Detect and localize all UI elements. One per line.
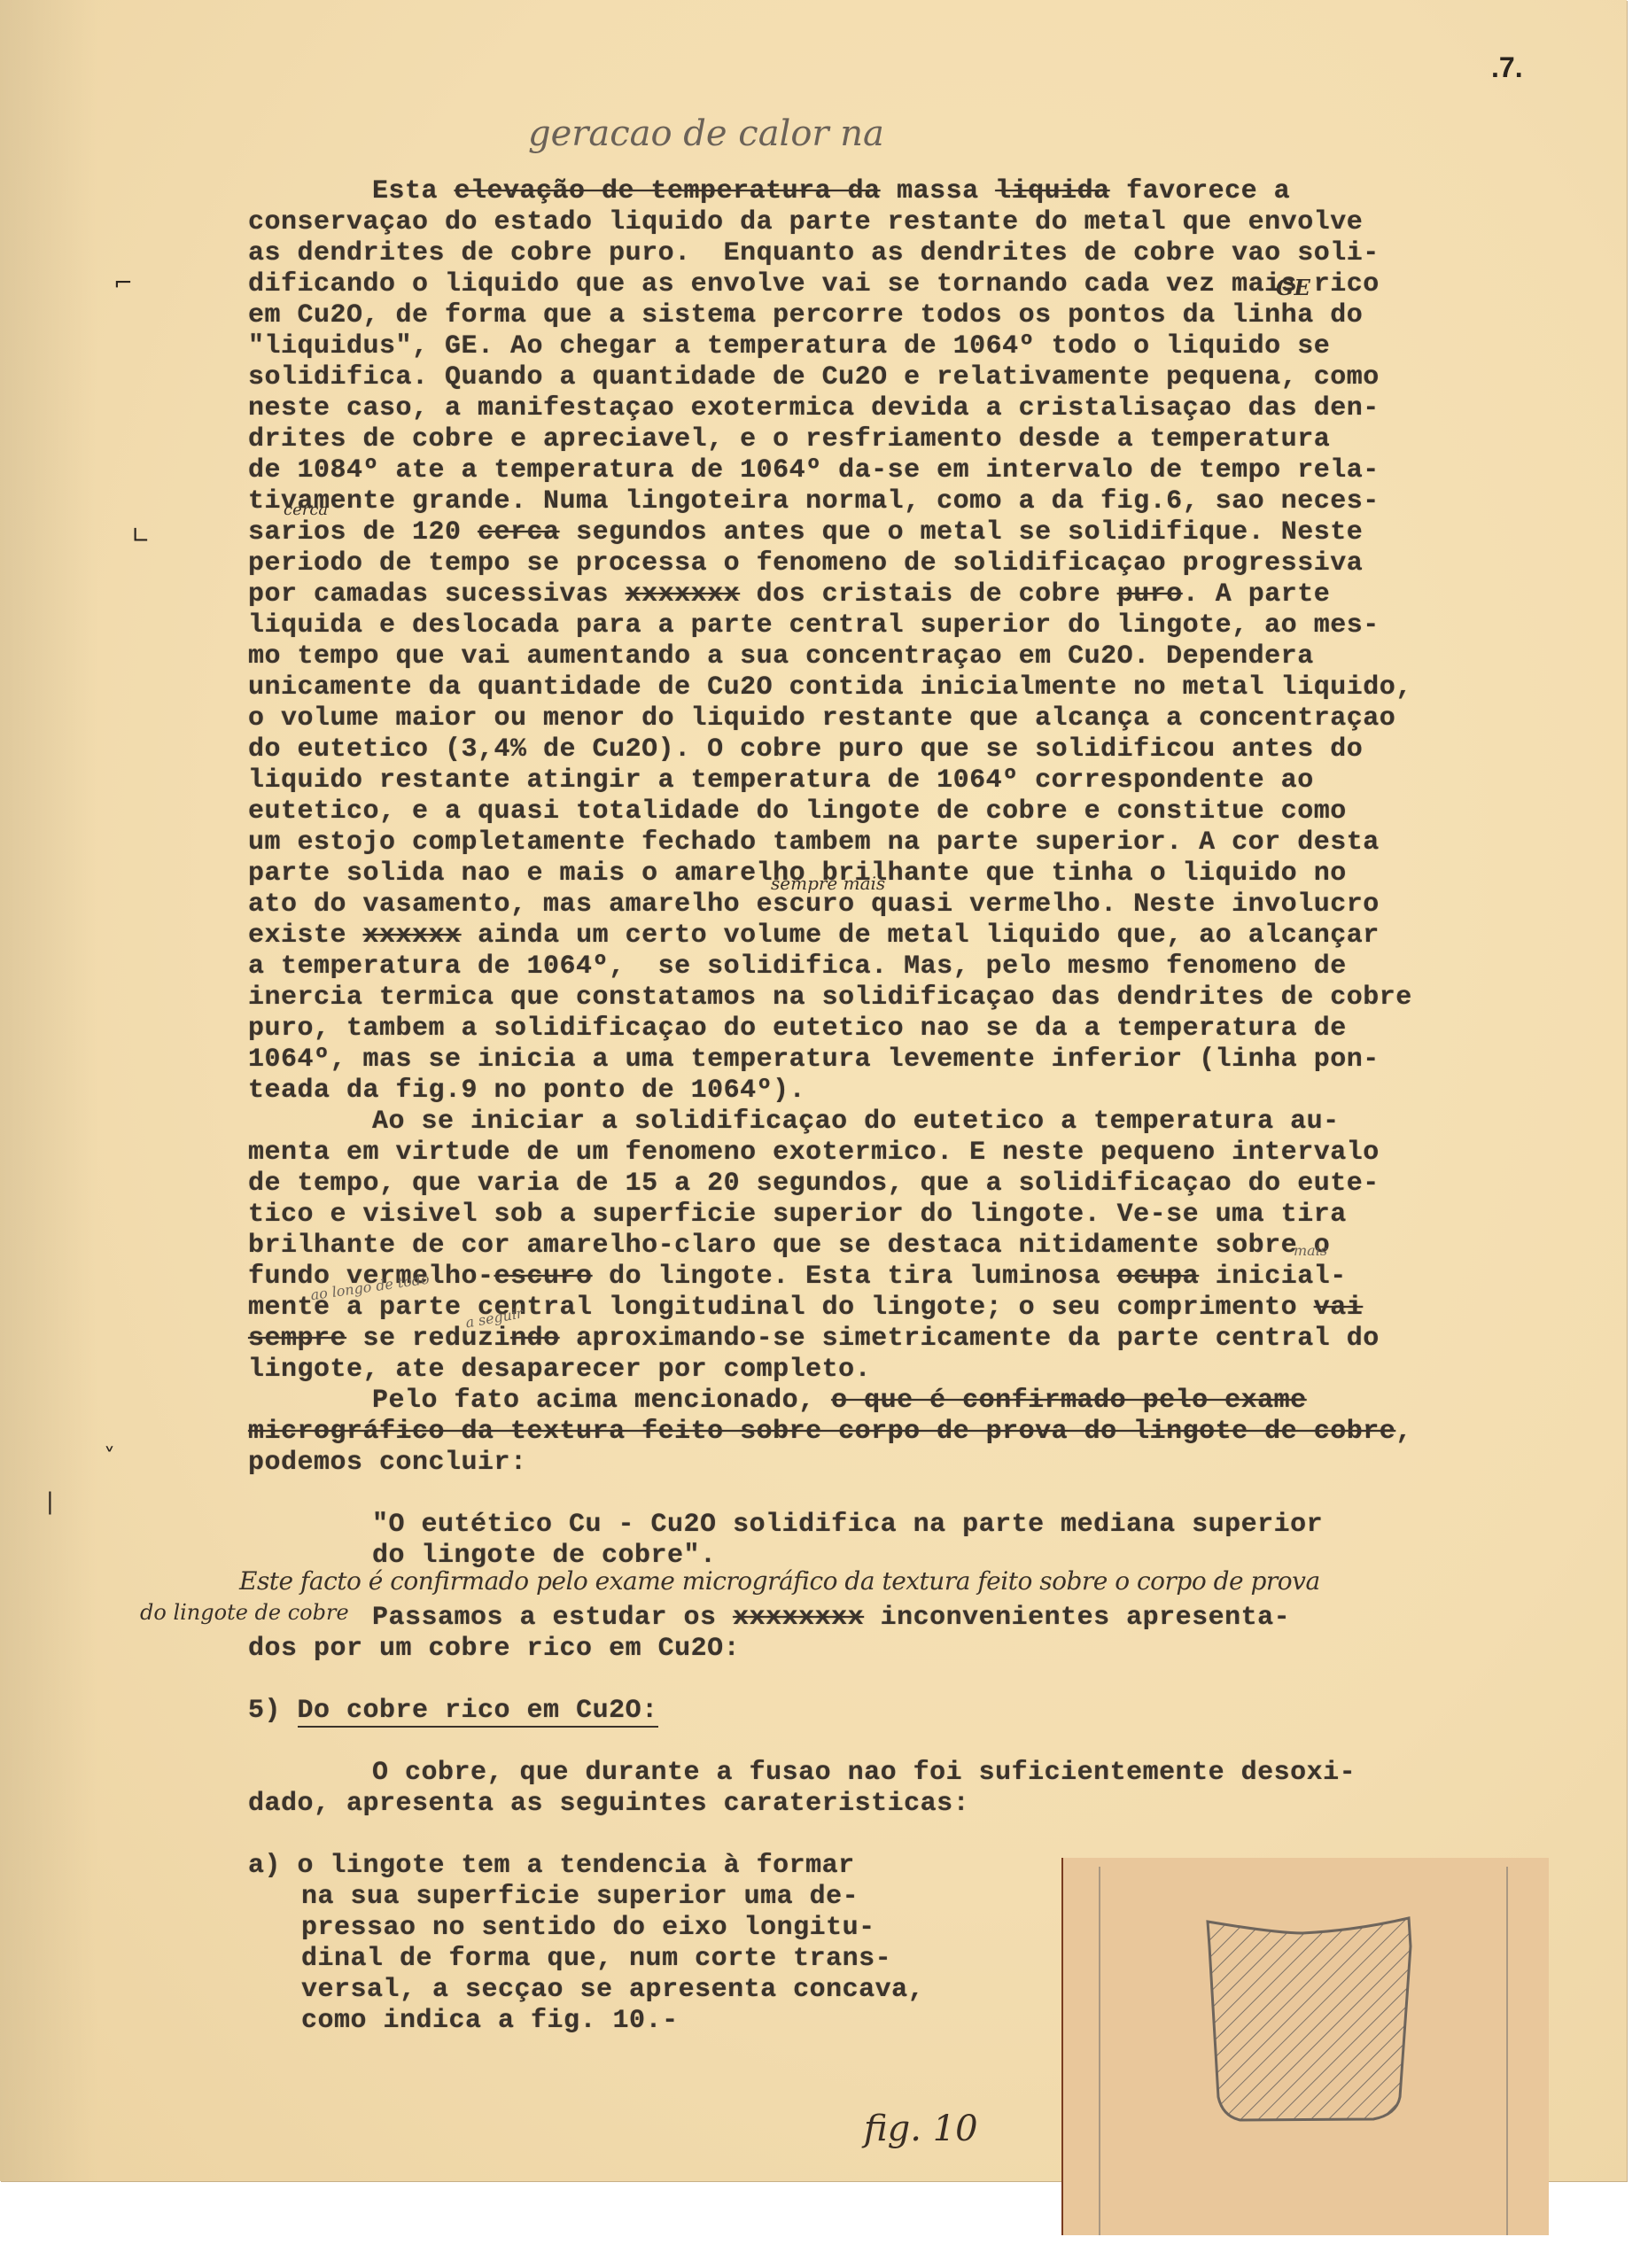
typed-line: a temperatura de 1064º, se solidifica. M…: [248, 951, 1347, 983]
margin-note-line2: do lingote de cobre: [140, 1600, 349, 1625]
typed-line: um estojo completamente fechado tambem n…: [248, 827, 1380, 858]
typed-line: inercia termica que constatamos na solid…: [248, 982, 1412, 1014]
line-text: a temperatura de 1064º, se solidifica. M…: [248, 951, 1347, 982]
typed-line: do eutetico (3,4% de Cu2O). O cobre puro…: [248, 734, 1363, 765]
line-text: drites de cobre e apreciavel, e o resfri…: [248, 424, 1330, 454]
line-text: brilhante de cor amarelho-claro que se d…: [248, 1231, 1330, 1261]
margin-mark-bottom: ∟: [131, 523, 151, 549]
struck-text: vai: [1314, 1293, 1364, 1323]
typed-line: dos por um cobre rico em Cu2O:: [248, 1633, 740, 1665]
typed-line: drites de cobre e apreciavel, e o resfri…: [248, 423, 1330, 455]
typed-line: neste caso, a manifestaçao exotermica de…: [248, 392, 1380, 424]
typed-line: Ao se iniciar a solidificaçao do eutetic…: [372, 1106, 1340, 1138]
line-text: Pelo fato acima mencionado,: [372, 1386, 831, 1416]
line-text: "O eutético Cu - Cu2O solidifica na part…: [372, 1510, 1323, 1540]
handwritten-ge: GE: [1276, 275, 1310, 300]
line-text: puro, tambem a solidificaçao do eutetico…: [248, 1014, 1347, 1044]
typed-line: pressao no sentido do eixo longitu-: [301, 1912, 875, 1944]
handwritten-sempre-mais: sempre mais: [771, 873, 885, 894]
typed-line: 1064º, mas se inicia a uma temperatura l…: [248, 1044, 1380, 1076]
line-text: Esta: [372, 176, 455, 206]
typed-line: dado, apresenta as seguintes carateristi…: [248, 1788, 969, 1820]
line-text: sarios de 120: [248, 517, 478, 548]
typed-line: 5) Do cobre rico em Cu2O:: [248, 1695, 658, 1727]
typed-line: liquido restante atingir a temperatura d…: [248, 765, 1314, 796]
typed-line: menta em virtude de um fenomeno exotermi…: [248, 1137, 1380, 1169]
line-text: . A parte: [1183, 579, 1331, 610]
struck-text: puro: [1117, 579, 1183, 610]
line-text: mente a parte central longitudinal do li…: [248, 1293, 1314, 1323]
line-text: 5): [248, 1696, 298, 1726]
line-text: ainda um certo volume de metal liquido q…: [462, 920, 1380, 951]
line-text: inicial-: [1199, 1262, 1347, 1292]
line-text: como indica a fig. 10.-: [301, 2006, 679, 2036]
line-text: um estojo completamente fechado tambem n…: [248, 827, 1380, 858]
ingot-cross-section-icon: [1063, 1858, 1549, 2235]
line-text: teada da fig.9 no ponto de 1064º).: [248, 1076, 805, 1106]
struck-text: liquida: [995, 176, 1110, 206]
line-text: inconvenientes apresenta-: [864, 1603, 1290, 1633]
handwritten-cerca: cerca: [284, 501, 328, 519]
typed-line: na sua superficie superior uma de-: [301, 1881, 859, 1913]
line-text: dado, apresenta as seguintes carateristi…: [248, 1789, 969, 1819]
line-text: liquido restante atingir a temperatura d…: [248, 765, 1314, 796]
line-text: as dendrites de cobre puro. Enquanto as …: [248, 238, 1380, 268]
struck-text: ndo: [510, 1324, 560, 1354]
struck-text: escuro: [494, 1262, 593, 1292]
struck-text: micrográfico da textura feito sobre corp…: [248, 1417, 1395, 1447]
line-text: "liquidus", GE. Ao chegar a temperatura …: [248, 331, 1330, 361]
typed-line: conservaçao do estado liquido da parte r…: [248, 206, 1363, 238]
line-text: por camadas sucessivas: [248, 579, 626, 610]
typed-line: solidifica. Quando a quantidade de Cu2O …: [248, 361, 1380, 393]
line-text: favorece a: [1110, 176, 1291, 206]
line-text: do eutetico (3,4% de Cu2O). O cobre puro…: [248, 734, 1363, 765]
typed-line: sempre se reduzindo aproximando-se simet…: [248, 1323, 1380, 1355]
typed-line: existe xxxxxx ainda um certo volume de m…: [248, 920, 1380, 951]
line-text: versal, a secçao se apresenta concava,: [301, 1975, 924, 2005]
line-text: existe: [248, 920, 363, 951]
line-text: inercia termica que constatamos na solid…: [248, 983, 1412, 1013]
struck-text: ocupa: [1117, 1262, 1200, 1292]
typed-line: Esta elevação de temperatura da massa li…: [372, 175, 1290, 207]
section-heading: Do cobre rico em Cu2O:: [298, 1696, 658, 1728]
struck-text: elevação de temperatura da: [455, 176, 881, 206]
line-text: ,: [1395, 1417, 1412, 1447]
line-text: a) o lingote tem a tendencia à formar: [248, 1851, 855, 1881]
typed-line: tivamente grande. Numa lingoteira normal…: [248, 485, 1380, 517]
line-text: eutetico, e a quasi totalidade do lingot…: [248, 796, 1347, 827]
line-text: tico e visivel sob a superficie superior…: [248, 1200, 1347, 1230]
typed-line: brilhante de cor amarelho-claro que se d…: [248, 1230, 1330, 1262]
typed-line: mo tempo que vai aumentando a sua concen…: [248, 641, 1314, 672]
line-text: lingote, ate desaparecer por completo.: [248, 1355, 871, 1385]
line-text: massa: [881, 176, 996, 206]
typed-line: em Cu2O, de forma que a sistema percorre…: [248, 299, 1363, 331]
line-text: conservaçao do estado liquido da parte r…: [248, 207, 1363, 237]
typed-line: unicamente da quantidade de Cu2O contida…: [248, 672, 1412, 703]
margin-mark-check: ˅: [104, 1444, 115, 1471]
line-text: do lingote. Esta tira luminosa: [593, 1262, 1117, 1292]
line-text: menta em virtude de um fenomeno exotermi…: [248, 1138, 1380, 1168]
line-text: solidifica. Quando a quantidade de Cu2O …: [248, 362, 1380, 392]
line-text: periodo de tempo se processa o fenomeno …: [248, 548, 1363, 579]
line-text: segundos antes que o metal se solidifiqu…: [560, 517, 1364, 548]
line-text: mo tempo que vai aumentando a sua concen…: [248, 641, 1314, 672]
typed-line: tico e visivel sob a superficie superior…: [248, 1199, 1347, 1231]
line-text: 1064º, mas se inicia a uma temperatura l…: [248, 1045, 1380, 1075]
typed-line: Pelo fato acima mencionado, o que é conf…: [372, 1385, 1307, 1417]
line-text: dos cristais de cobre: [740, 579, 1117, 610]
typed-line: micrográfico da textura feito sobre corp…: [248, 1416, 1412, 1448]
margin-note-line1: Este facto é confirmado pelo exame micro…: [239, 1566, 1320, 1596]
margin-mark-top: ⌐: [113, 270, 133, 297]
line-text: dos por um cobre rico em Cu2O:: [248, 1634, 740, 1664]
line-text: Ao se iniciar a solidificaçao do eutetic…: [372, 1107, 1340, 1137]
line-text: dinal de forma que, num corte trans-: [301, 1944, 891, 1974]
typed-line: dificando o liquido que as envolve vai s…: [248, 268, 1380, 300]
typed-line: dinal de forma que, num corte trans-: [301, 1943, 891, 1975]
struck-text: xxxxxxxx: [733, 1603, 864, 1633]
line-text: neste caso, a manifestaçao exotermica de…: [248, 393, 1380, 423]
struck-text: o que é confirmado pelo exame: [831, 1386, 1307, 1416]
typed-line: o volume maior ou menor do liquido resta…: [248, 703, 1395, 734]
line-text: unicamente da quantidade de Cu2O contida…: [248, 672, 1412, 703]
typed-line: como indica a fig. 10.-: [301, 2005, 679, 2037]
line-text: tivamente grande. Numa lingoteira normal…: [248, 486, 1380, 517]
line-text: O cobre, que durante a fusao nao foi suf…: [372, 1758, 1356, 1788]
typed-line: Passamos a estudar os xxxxxxxx inconveni…: [372, 1602, 1290, 1634]
pencil-insertion-top: geracao de calor na: [528, 113, 884, 154]
line-text: de 1084º ate a temperatura de 1064º da-s…: [248, 455, 1380, 485]
line-text: podemos concluir:: [248, 1448, 527, 1478]
typed-line: podemos concluir:: [248, 1447, 527, 1479]
typed-line: de tempo, que varia de 15 a 20 segundos,…: [248, 1168, 1380, 1200]
struck-text: sempre: [248, 1324, 346, 1354]
typed-line: sarios de 120 cerca segundos antes que o…: [248, 517, 1363, 548]
typed-line: eutetico, e a quasi totalidade do lingot…: [248, 796, 1347, 827]
line-text: em Cu2O, de forma que a sistema percorre…: [248, 300, 1363, 330]
struck-text: xxxxxx: [363, 920, 462, 951]
handwritten-ruge: mais: [1294, 1242, 1327, 1259]
typed-line: periodo de tempo se processa o fenomeno …: [248, 548, 1363, 579]
typed-line: O cobre, que durante a fusao nao foi suf…: [372, 1757, 1356, 1789]
typed-line: as dendrites de cobre puro. Enquanto as …: [248, 237, 1380, 269]
typed-line: liquida e deslocada para a parte central…: [248, 610, 1380, 641]
typed-line: versal, a secçao se apresenta concava,: [301, 1974, 924, 2006]
line-text: aproximando-se simetricamente da parte c…: [560, 1324, 1380, 1354]
line-text: o volume maior ou menor do liquido resta…: [248, 703, 1395, 734]
typed-line: a) o lingote tem a tendencia à formar: [248, 1850, 855, 1882]
figure-10-insert: [1063, 1858, 1549, 2235]
typed-line: teada da fig.9 no ponto de 1064º).: [248, 1075, 805, 1107]
line-text: dificando o liquido que as envolve vai s…: [248, 269, 1380, 299]
margin-mark-line: |: [46, 1488, 54, 1515]
typed-line: "liquidus", GE. Ao chegar a temperatura …: [248, 330, 1330, 362]
line-text: Passamos a estudar os: [372, 1603, 733, 1633]
line-text: liquida e deslocada para a parte central…: [248, 610, 1380, 641]
typed-line: mente a parte central longitudinal do li…: [248, 1292, 1363, 1324]
line-text: ato do vasamento, mas amarelho escuro qu…: [248, 889, 1380, 920]
line-text: de tempo, que varia de 15 a 20 segundos,…: [248, 1169, 1380, 1199]
typed-line: lingote, ate desaparecer por completo.: [248, 1354, 871, 1386]
struck-text: xxxxxxx: [626, 579, 741, 610]
line-text: na sua superficie superior uma de-: [301, 1882, 859, 1912]
typed-line: "O eutético Cu - Cu2O solidifica na part…: [372, 1509, 1323, 1541]
typed-line: por camadas sucessivas xxxxxxx dos crist…: [248, 579, 1330, 610]
typed-line: puro, tambem a solidificaçao do eutetico…: [248, 1013, 1347, 1045]
figure-caption: fig. 10: [864, 2109, 978, 2149]
document-page: .7. geracao de calor na Esta elevação de…: [0, 0, 1627, 2181]
struck-text: cerca: [478, 517, 560, 548]
typed-line: de 1084º ate a temperatura de 1064º da-s…: [248, 454, 1380, 486]
line-text: pressao no sentido do eixo longitu-: [301, 1913, 875, 1943]
line-text: se reduzi: [346, 1324, 510, 1354]
page-number: .7.: [1491, 51, 1523, 84]
